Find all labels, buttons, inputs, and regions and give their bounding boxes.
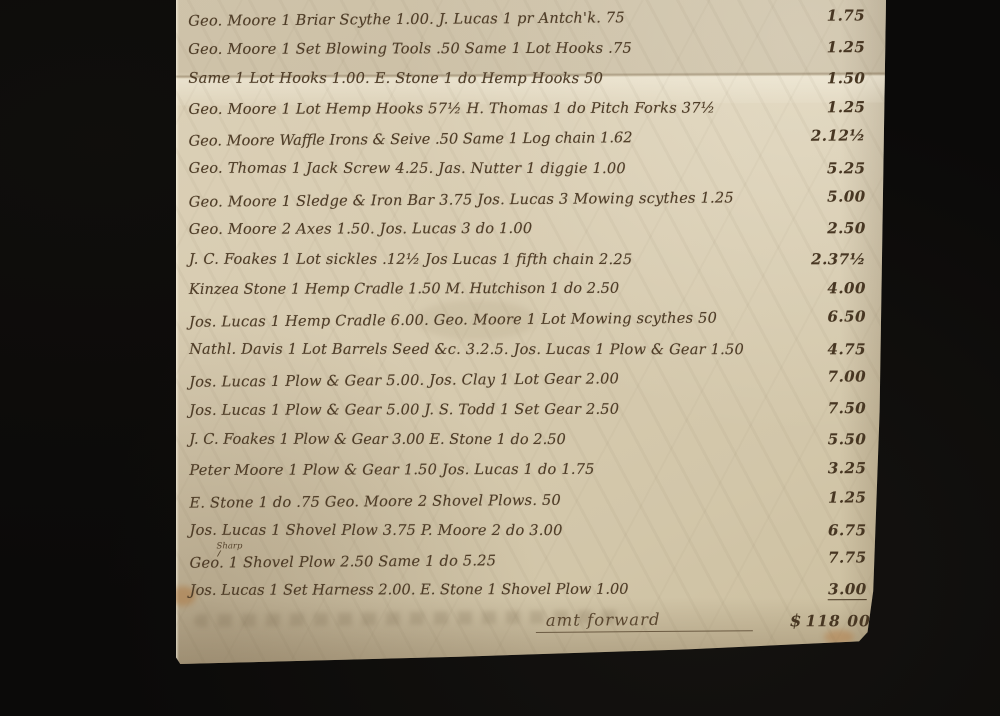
amount-text: 1.25 [773,38,885,56]
forward-amount-value: 118 00 [805,611,870,630]
amount-text: 1.25 [773,98,885,116]
ledger-row: Geo. Moore 1 Briar Scythe 1.00. J. Lucas… [175,0,885,36]
entry-text: Geo. Thomas 1 Jack Screw 4.25. Jas. Nutt… [176,160,774,178]
amount-text: 2.12½ [773,127,885,146]
entry-text: J. C. Foakes 1 Lot sickles .12½ Jos Luca… [176,250,774,268]
ledger-row: Jos. Lucas 1 Plow & Gear 5.00 J. S. Todd… [176,393,886,425]
amount-text: 7.00 [774,367,886,386]
amount-text: 5.50 [774,431,886,449]
amount-text: 2.37½ [774,250,886,268]
entry-text: Jos. Lucas 1 Shovel Plow 3.75 P. Moore 2… [177,521,775,539]
ledger-row: Jos. Lucas 1 Set Harness 2.00. E. Stone … [177,574,887,606]
amount-text: 2.50 [774,219,886,237]
ledger-row: Geo. Moore 1 Sledge & Iron Bar 3.75 Jos.… [176,181,886,217]
entry-text: Peter Moore 1 Plow & Gear 1.50 Jos. Luca… [176,460,774,479]
ledger-page: Geo. Moore 1 Briar Scythe 1.00. J. Lucas… [176,0,886,664]
amount-text: 5.25 [774,160,886,178]
amount-text: 1.75 [773,6,885,25]
ledger-row: Jos. Lucas 1 Shovel Plow 3.75 P. Moore 2… [177,514,887,545]
forward-amount: $118 00 [759,611,887,631]
entry-text: Geo. Moore 1 Set Blowing Tools .50 Same … [175,39,773,58]
ledger-entries: Geo. Moore 1 Briar Scythe 1.00. J. Lucas… [175,0,887,638]
entry-text: E. Stone 1 do .75 Geo. Moore 2 Shovel Pl… [176,489,774,511]
forward-label-wrap: amt forward [177,610,759,633]
amount-text: 4.75 [774,340,886,358]
amount-text: 5.00 [774,187,886,206]
ledger-row: Same 1 Lot Hooks 1.00. E. Stone 1 do Hem… [175,63,885,94]
entry-text: Geo. Moore 1 Lot Hemp Hooks 57½ H. Thoma… [175,99,773,118]
entry-text: Geo. Moore Waffle Irons & Seive .50 Same… [175,128,773,150]
amount-text: 1.25 [774,488,886,507]
entry-text: J. C. Foakes 1 Plow & Gear 3.00 E. Stone… [176,431,774,449]
ledger-row: E. Stone 1 do .75 Geo. Moore 2 Shovel Pl… [176,482,886,518]
ledger-row: Jos. Lucas 1 Hemp Cradle 6.00. Geo. Moor… [176,301,886,337]
ledger-row: Geo. Moore 1 Lot Hemp Hooks 57½ H. Thoma… [175,92,885,124]
entry-text: Geo. Moore 1 Sledge & Iron Bar 3.75 Jos.… [176,188,774,210]
amount-text: 7.50 [774,399,886,417]
amount-text: 7.75 [775,548,887,567]
ledger-row: J. C. Foakes 1 Plow & Gear 3.00 E. Stone… [176,424,886,455]
entry-text: Same 1 Lot Hooks 1.00. E. Stone 1 do Hem… [175,69,773,87]
entry-text: Kinzea Stone 1 Hemp Cradle 1.50 M. Hutch… [176,280,774,299]
ledger-row: Geo. Moore 2 Axes 1.50. Jos. Lucas 3 do … [176,213,886,245]
interlinear-insertion: Sharp [216,541,242,551]
ledger-row: Jos. Lucas 1 Plow & Gear 5.00. Jos. Clay… [176,361,886,397]
photo-background: Geo. Moore 1 Briar Scythe 1.00. J. Lucas… [0,0,1000,716]
ledger-row: J. C. Foakes 1 Lot sickles .12½ Jos Luca… [176,243,886,274]
entry-text: Jos. Lucas 1 Plow & Gear 5.00. Jos. Clay… [176,369,774,391]
amount-text: 6.75 [775,521,887,539]
amount-text: 6.50 [774,307,886,326]
entry-text: Jos. Lucas 1 Set Harness 2.00. E. Stone … [177,581,775,600]
entry-text: Jos. Lucas 1 Plow & Gear 5.00 J. S. Todd… [176,400,774,419]
amount-text: 1.50 [773,69,885,87]
entry-text: Geo. Moore 2 Axes 1.50. Jos. Lucas 3 do … [176,220,774,239]
entry-text: Jos. Lucas 1 Hemp Cradle 6.00. Geo. Moor… [176,309,774,331]
ledger-row: Geo. Moore Waffle Irons & Seive .50 Same… [175,121,885,157]
ledger-row: Geo. Thomas 1 Jack Screw 4.25. Jas. Nutt… [176,153,886,184]
amount-text: 4.00 [774,279,886,297]
amount-text: 3.25 [774,460,886,478]
dollar-sign: $ [790,611,806,631]
entry-text: Geo. 1 Shovel Plow 2.50 Same 1 do 5.25 [177,549,775,571]
ledger-row: Kinzea Stone 1 Hemp Cradle 1.50 M. Hutch… [176,273,886,305]
carried-forward-row: amt forward $118 00 [177,605,887,638]
ledger-row: Peter Moore 1 Plow & Gear 1.50 Jos. Luca… [176,453,886,485]
entry-text: Nathl. Davis 1 Lot Barrels Seed &c. 3.2.… [176,340,774,358]
ledger-row: Sharp Geo. 1 Shovel Plow 2.50 Same 1 do … [177,542,887,578]
ledger-row: Nathl. Davis 1 Lot Barrels Seed &c. 3.2.… [176,334,886,365]
entry-text: Geo. Moore 1 Briar Scythe 1.00. J. Lucas… [175,8,773,30]
amount-text-underlined: 3.00 [775,580,887,598]
ledger-row: Geo. Moore 1 Set Blowing Tools .50 Same … [175,32,885,64]
forward-label: amt forward [536,609,753,633]
